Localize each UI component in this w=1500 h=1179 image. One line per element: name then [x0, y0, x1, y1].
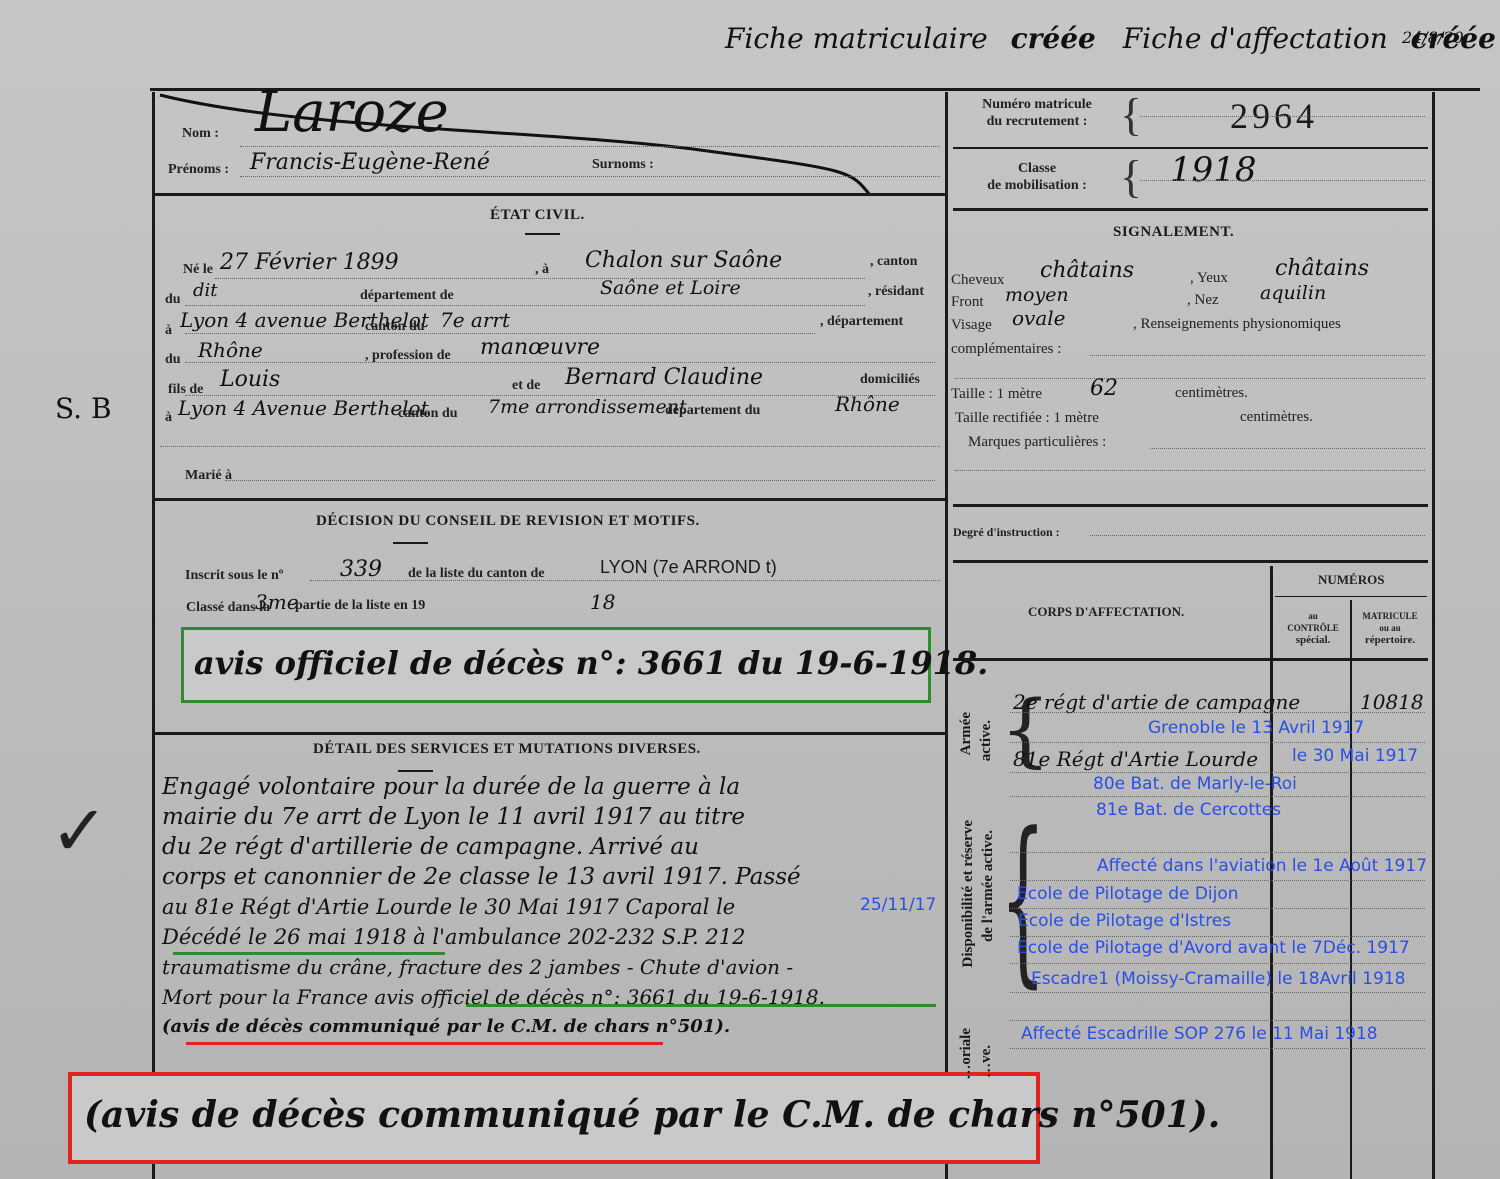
centimetres-2-label: centimètres. — [1240, 409, 1313, 426]
taille-rectifiee-label: Taille rectifiée : 1 mètre — [955, 410, 1099, 427]
avis-officiel-text: avis officiel de décès n°: 3661 du 19-6-… — [194, 644, 988, 682]
a-label: , à — [535, 262, 549, 278]
departement-du-value: Rhône — [835, 392, 900, 416]
service-line-avis-deces: (avis de décès communiqué par le C.M. de… — [162, 1012, 952, 1042]
du2-value: Rhône — [198, 338, 263, 362]
nez-value: aquilin — [1260, 282, 1326, 304]
centimetres-1-label: centimètres. — [1175, 385, 1248, 402]
margin-initials: S. B — [55, 392, 112, 425]
decision-title: DÉCISION DU CONSEIL DE REVISION ET MOTIF… — [316, 513, 700, 530]
taille-label: Taille : 1 mètre — [951, 386, 1042, 403]
prenoms-value: Francis-Eugène-René — [250, 150, 490, 175]
annotation-istres: Ecole de Pilotage d'Istres — [1018, 911, 1231, 931]
front-label: Front — [951, 294, 984, 311]
du-value: dit — [193, 280, 218, 301]
avis-deces-text: (avis de décès communiqué par le C.M. de… — [84, 1094, 1220, 1136]
highlight-box-avis-deces: (avis de décès communiqué par le C.M. de… — [68, 1072, 1040, 1164]
ne-le-label: Né le — [183, 262, 213, 278]
a3-value: Lyon 4 Avenue Berthelot — [178, 396, 429, 420]
marie-label: Marié à — [185, 468, 232, 484]
frame-right — [1432, 92, 1435, 1179]
matricule-repertoire-header: MATRICULEou aurépertoire. — [1353, 610, 1427, 646]
corps-affectation-header: CORPS D'AFFECTATION. — [1028, 604, 1184, 620]
residant-label: , résidant — [868, 284, 924, 300]
annotation-grenoble: Grenoble le 13 Avril 1917 — [1148, 718, 1364, 738]
annotation-avord: Ecole de Pilotage d'Avord avant le 7Déc.… — [1017, 938, 1410, 958]
domicilies-label: domiciliés — [860, 372, 920, 388]
inscrit-value: 339 — [340, 557, 382, 582]
canton-du2-value: 7me arrondissement — [488, 396, 687, 418]
ne-le-value: 27 Février 1899 — [220, 250, 399, 275]
service-line: du 2e régt d'artillerie de campagne. Arr… — [162, 832, 952, 862]
surnoms-label: Surnoms : — [592, 157, 654, 173]
service-line: corps et canonnier de 2e classe le 13 av… — [162, 862, 952, 892]
annotation-30-mai: le 30 Mai 1917 — [1292, 746, 1418, 766]
annotation-aviation: Affecté dans l'aviation le 1e Août 1917 — [1097, 856, 1427, 876]
et-de-label: et de — [512, 378, 540, 394]
renseignements-label: , Renseignements physionomiques — [1133, 316, 1341, 333]
frame-left — [152, 92, 155, 1179]
complementaires-label: complémentaires : — [951, 341, 1061, 358]
service-line-deces: Décédé le 26 mai 1918 à l'ambulance 202-… — [162, 922, 952, 952]
classe-mobilisation-label: Classede mobilisation : — [962, 160, 1112, 194]
marques-label: Marques particulières : — [968, 434, 1106, 451]
service-line: mairie du 7e arrt de Lyon le 11 avril 19… — [162, 802, 952, 832]
nez-label: , Nez — [1187, 292, 1219, 309]
numero-matricule-label: Numéro matriculedu recrutement : — [962, 96, 1112, 130]
cheveux-value: châtains — [1040, 258, 1134, 283]
liste-canton-value: LYON (7e ARROND t) — [600, 557, 777, 578]
service-line: traumatisme du crâne, fracture des 2 jam… — [162, 952, 952, 982]
departement-de-value: Saône et Loire — [600, 277, 741, 299]
underline-deces — [173, 952, 445, 955]
annotation-marly: 80e Bat. de Marly-le-Roi — [1093, 774, 1297, 794]
territoriale-label: …oriale — [958, 1028, 975, 1080]
taille-value: 62 — [1090, 376, 1118, 401]
header-fiche-affectation: Fiche d'affectation — [1123, 22, 1388, 55]
partie-value: 18 — [590, 590, 615, 614]
column-divider-2 — [1350, 600, 1352, 1179]
etat-civil-title: ÉTAT CIVIL. — [490, 207, 585, 224]
affectation-matricule-1: 10818 — [1360, 690, 1424, 714]
header-date-stamp: 24/8/20 — [1402, 28, 1464, 47]
departement-de-label: département de — [360, 288, 454, 304]
detail-services-title: DÉTAIL DES SERVICES ET MUTATIONS DIVERSE… — [313, 741, 701, 758]
prenoms-label: Prénoms : — [168, 162, 229, 178]
canton-du-value: 7e arrt — [440, 308, 510, 332]
et-de-value: Bernard Claudine — [565, 365, 763, 390]
controle-special-header: auCONTRÔLEspécial. — [1280, 610, 1346, 646]
fils-de-value: Louis — [220, 367, 280, 392]
canton-label: , canton — [870, 254, 917, 270]
underline-avis-deces — [186, 1042, 663, 1045]
detail-services-text: Engagé volontaire pour la durée de la gu… — [162, 772, 952, 1042]
disponibilite-label: Disponibilité et réserve — [960, 820, 977, 967]
partie-label: partie de la liste en 19 — [295, 598, 425, 614]
a-value: Chalon sur Saône — [585, 248, 782, 273]
affectation-corps-2: 81e Régt d'Artie Lourde — [1013, 747, 1258, 771]
service-line: Engagé volontaire pour la durée de la gu… — [162, 772, 952, 802]
affectation-corps-1: 2e régt d'artie de campagne — [1013, 690, 1300, 714]
yeux-value: châtains — [1275, 256, 1369, 281]
du-label: du — [165, 292, 181, 308]
a3-label: à — [165, 410, 172, 426]
a2-label: à — [165, 323, 172, 339]
departement-du-label: département du — [665, 403, 760, 419]
annotation-dijon: Ecole de Pilotage de Dijon — [1017, 884, 1239, 904]
highlight-box-avis-officiel: avis officiel de décès n°: 3661 du 19-6-… — [181, 627, 931, 703]
visage-value: ovale — [1012, 306, 1066, 330]
service-line: au 81e Régt d'Artie Lourde le 30 Mai 191… — [162, 892, 952, 922]
header-creee-1: créée — [1011, 22, 1096, 55]
strike-through-line — [150, 90, 900, 200]
numeros-header: NUMÉROS — [1318, 572, 1384, 588]
visage-label: Visage — [951, 317, 992, 334]
header-fiche-matriculaire: Fiche matriculaire créée Fiche d'affecta… — [725, 22, 1496, 55]
du2-label: du — [165, 352, 181, 368]
underline-avis-officiel — [466, 1004, 936, 1007]
service-line: Mort pour la France avis officiel de déc… — [162, 982, 952, 1012]
signalement-title: SIGNALEMENT. — [1113, 224, 1234, 241]
profession-value: manœuvre — [480, 335, 600, 360]
annotation-escadrille-sop: Affecté Escadrille SOP 276 le 11 Mai 191… — [1021, 1024, 1378, 1044]
front-value: moyen — [1005, 284, 1069, 306]
margin-check-mark-icon: ✓ — [50, 790, 109, 873]
classe-dans-value: 3me — [255, 590, 299, 614]
cheveux-label: Cheveux — [951, 272, 1004, 289]
classe-mobilisation-value: 1918 — [1170, 150, 1257, 190]
yeux-label: , Yeux — [1190, 270, 1228, 287]
canton-du2-label: canton du — [398, 406, 458, 422]
caporal-date-annotation: 25/11/17 — [860, 895, 936, 915]
departement-label: , département — [820, 314, 903, 330]
inscrit-label: Inscrit sous le nº — [185, 568, 283, 584]
armee-active-label: Armée — [958, 712, 975, 755]
military-record-document: Fiche matriculaire créée Fiche d'affecta… — [0, 0, 1500, 1179]
degre-instruction-label: Degré d'instruction : — [953, 525, 1060, 540]
annotation-escadre: Escadre1 (Moissy-Cramaille) le 18Avril 1… — [1031, 969, 1405, 989]
annotation-cercottes: 81e Bat. de Cercottes — [1096, 800, 1281, 820]
